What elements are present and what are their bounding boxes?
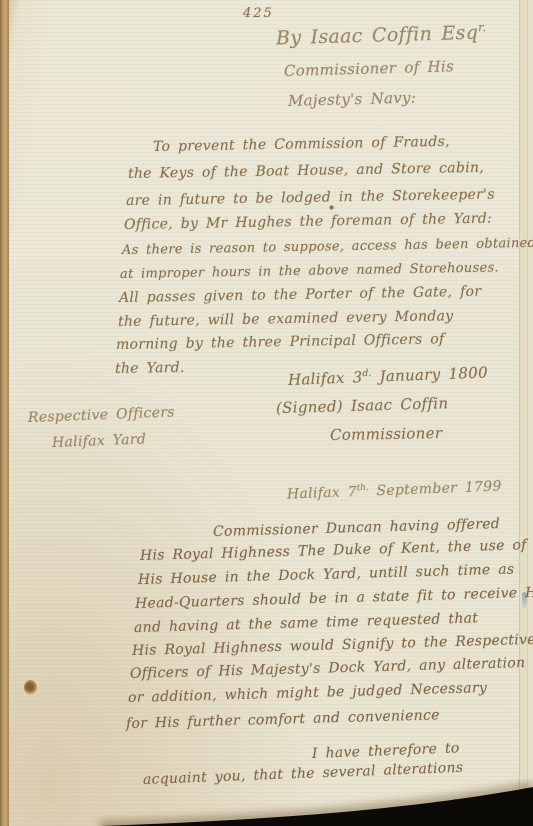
letter2-closing-line: I have therefore to <box>312 740 460 762</box>
margin-note-yard: Halifax Yard <box>52 431 147 451</box>
letter1-line: As there is reason to suppose, access ha… <box>122 236 533 258</box>
heading-line-1: By Isaac Coffin Esqr. <box>276 20 487 49</box>
letter2-heading: Halifax 7th. September 1799 <box>287 478 502 503</box>
catchword: and <box>432 798 458 814</box>
margin-note-addressees: Respective Officers <box>28 404 175 426</box>
letter2-line: His Royal Highness The Duke of Kent, the… <box>140 537 527 564</box>
letter1-line: All passes given to the Porter of the Ga… <box>119 284 482 306</box>
heading-line-2: Commissioner of His <box>284 57 455 80</box>
letter1-signature-title: Commissioner <box>330 424 443 444</box>
heading-line-3: Majesty's Navy: <box>288 88 417 110</box>
dateline-superscript: d. <box>362 368 371 379</box>
letter2-heading-text: Halifax 7 <box>287 484 358 503</box>
dateline-year: January 1800 <box>371 363 488 385</box>
letter1-line: morning by the three Principal Officers … <box>116 331 445 353</box>
dateline-text: Halifax 3 <box>288 368 363 389</box>
letter2-line: Commissioner Duncan having offered <box>213 516 501 540</box>
letter2-heading-year: September 1799 <box>368 478 502 499</box>
letter2-line: His House in the Dock Yard, untill such … <box>138 561 515 588</box>
letter2-line: His Royal Highness would Signify to the … <box>132 632 533 659</box>
letter2-line: Head-Quarters should be in a state fit t… <box>135 584 533 612</box>
letter1-line: To prevent the Commission of Frauds, <box>153 134 450 155</box>
heading-line-1-text: By Isaac Coffin Esq <box>276 22 479 50</box>
page-number: 425 <box>243 6 274 21</box>
letter1-line: the Keys of the Boat House, and Store ca… <box>128 160 484 182</box>
letter1-line: Office, by Mr Hughes the foreman of the … <box>124 211 492 233</box>
letter2-line: for His further comfort and convenience <box>126 707 440 732</box>
letter1-dateline: Halifax 3d. January 1800 <box>288 363 489 389</box>
letter2-line: and having at the same time requested th… <box>134 610 479 636</box>
letter1-line: the Yard. <box>115 360 185 377</box>
handwritten-text-layer: 425 By Isaac Coffin Esqr. Commissioner o… <box>0 0 533 826</box>
letter2-heading-superscript: th. <box>357 483 369 493</box>
manuscript-photo: 425 By Isaac Coffin Esqr. Commissioner o… <box>0 0 533 826</box>
letter1-line: are in future to be lodged in the Storek… <box>126 187 495 209</box>
letter2-line: or addition, which might be judged Neces… <box>128 680 488 706</box>
letter2-closing-line: acquaint you, that the several alteratio… <box>143 760 464 788</box>
letter2-line: Officers of His Majesty's Dock Yard, any… <box>130 655 526 682</box>
letter1-line: the future, will be examined every Monda… <box>118 308 454 330</box>
heading-superscript: r. <box>478 20 486 34</box>
letter1-signature: (Signed) Isaac Coffin <box>276 394 449 417</box>
letter1-line: at improper hours in the above named Sto… <box>120 260 499 282</box>
